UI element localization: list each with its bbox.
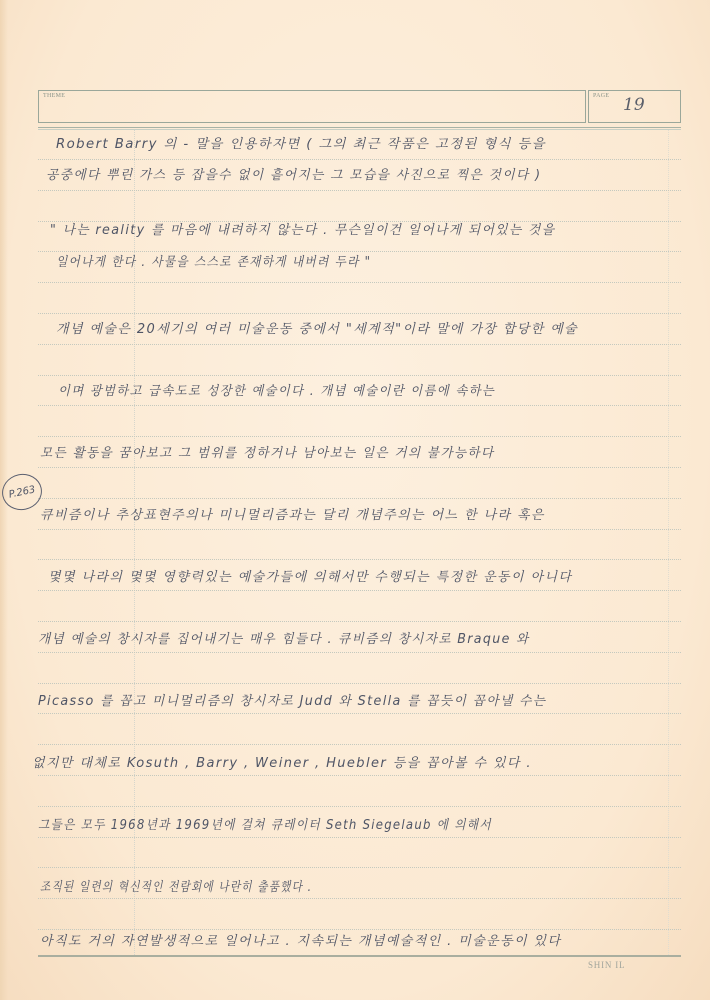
page-label: PAGE (593, 93, 609, 99)
ruled-line (38, 436, 681, 437)
ruled-line (38, 498, 681, 499)
ruled-line (38, 837, 681, 838)
ruled-line (38, 621, 681, 622)
notebook-page: THEME PAGE 19 Robert Barry 의 - 말을 인용하자면 … (0, 0, 710, 1000)
ruled-line (38, 713, 681, 714)
page-field: PAGE 19 (588, 90, 681, 123)
handwritten-line: Robert Barry 의 - 말을 인용하자면 ( 그의 최근 작품은 고정… (56, 133, 709, 152)
theme-label: THEME (43, 93, 65, 99)
page-number: 19 (623, 95, 645, 115)
handwritten-line: 이며 광범하고 급속도로 성장한 예술이다 . 개념 예술이란 이름에 속하는 (58, 380, 666, 399)
handwritten-line: 일어나게 한다 . 사물을 스스로 존재하게 내버려 두라 " (56, 251, 632, 270)
ruled-line (38, 190, 681, 191)
ruled-line (38, 405, 681, 406)
handwritten-line: 조직된 일련의 혁신적인 전람회에 나란히 출품했다 . (40, 876, 565, 895)
header-rule (38, 127, 681, 128)
handwritten-line: 개념 예술의 창시자를 집어내기는 매우 힘들다 . 큐비즘의 창시자로 Bra… (38, 628, 659, 647)
ruled-line (38, 529, 681, 530)
ruled-line (38, 652, 681, 653)
ruled-line (38, 775, 681, 776)
ruled-line (38, 375, 681, 376)
notebook-brand: SHIN IL (588, 960, 625, 970)
ruled-line (38, 467, 681, 468)
ruled-line (38, 867, 681, 868)
handwritten-line: 공중에다 뿌린 가스 등 잡을수 없이 흩어지는 그 모습을 사진으로 찍은 것… (46, 164, 673, 183)
ruled-line (38, 806, 681, 807)
theme-field: THEME (38, 90, 586, 123)
ruled-line (38, 559, 681, 560)
ruled-line (38, 282, 681, 283)
handwritten-line: 아직도 거의 자연발생적으로 일어나고 . 지속되는 개념예술적인 . 미술운동… (40, 930, 680, 949)
handwritten-line: Picasso 를 꼽고 미니멀리즘의 창시자로 Judd 와 Stella 를… (38, 690, 665, 709)
handwritten-line: 모든 활동을 꿈아보고 그 범위를 정하거나 남아보는 일은 거의 불가능하다 (40, 442, 661, 461)
ruled-line (38, 683, 681, 684)
handwritten-line: 그들은 모두 1968년과 1969년에 걸쳐 큐레이터 Seth Siegel… (38, 814, 614, 833)
handwritten-line: 없지만 대체로 Kosuth , Barry , Weiner , Hueble… (32, 752, 672, 771)
ruled-line (38, 744, 681, 745)
ruled-line (38, 898, 681, 899)
right-margin-line (668, 130, 669, 955)
handwritten-line: 큐비즘이나 추상표현주의나 미니멀리즘과는 달리 개념주의는 어느 한 나라 혹… (40, 504, 680, 523)
ruled-line (38, 344, 681, 345)
handwritten-line: 개념 예술은 20세기의 여러 미술운동 중에서 "세계적"이라 말에 가장 합… (56, 318, 696, 337)
ruled-line (38, 313, 681, 314)
handwritten-line: 몇몇 나라의 몇몇 영향력있는 예술가들에 의해서만 수행되는 특정한 운동이 … (48, 566, 688, 585)
bottom-rule (38, 955, 681, 957)
handwritten-line: " 나는 reality 를 마음에 내려하지 않는다 . 무슨일이건 일어나게… (50, 219, 677, 238)
page-header: THEME PAGE 19 (38, 90, 681, 123)
ruled-line (38, 590, 681, 591)
ruled-line (38, 159, 681, 160)
